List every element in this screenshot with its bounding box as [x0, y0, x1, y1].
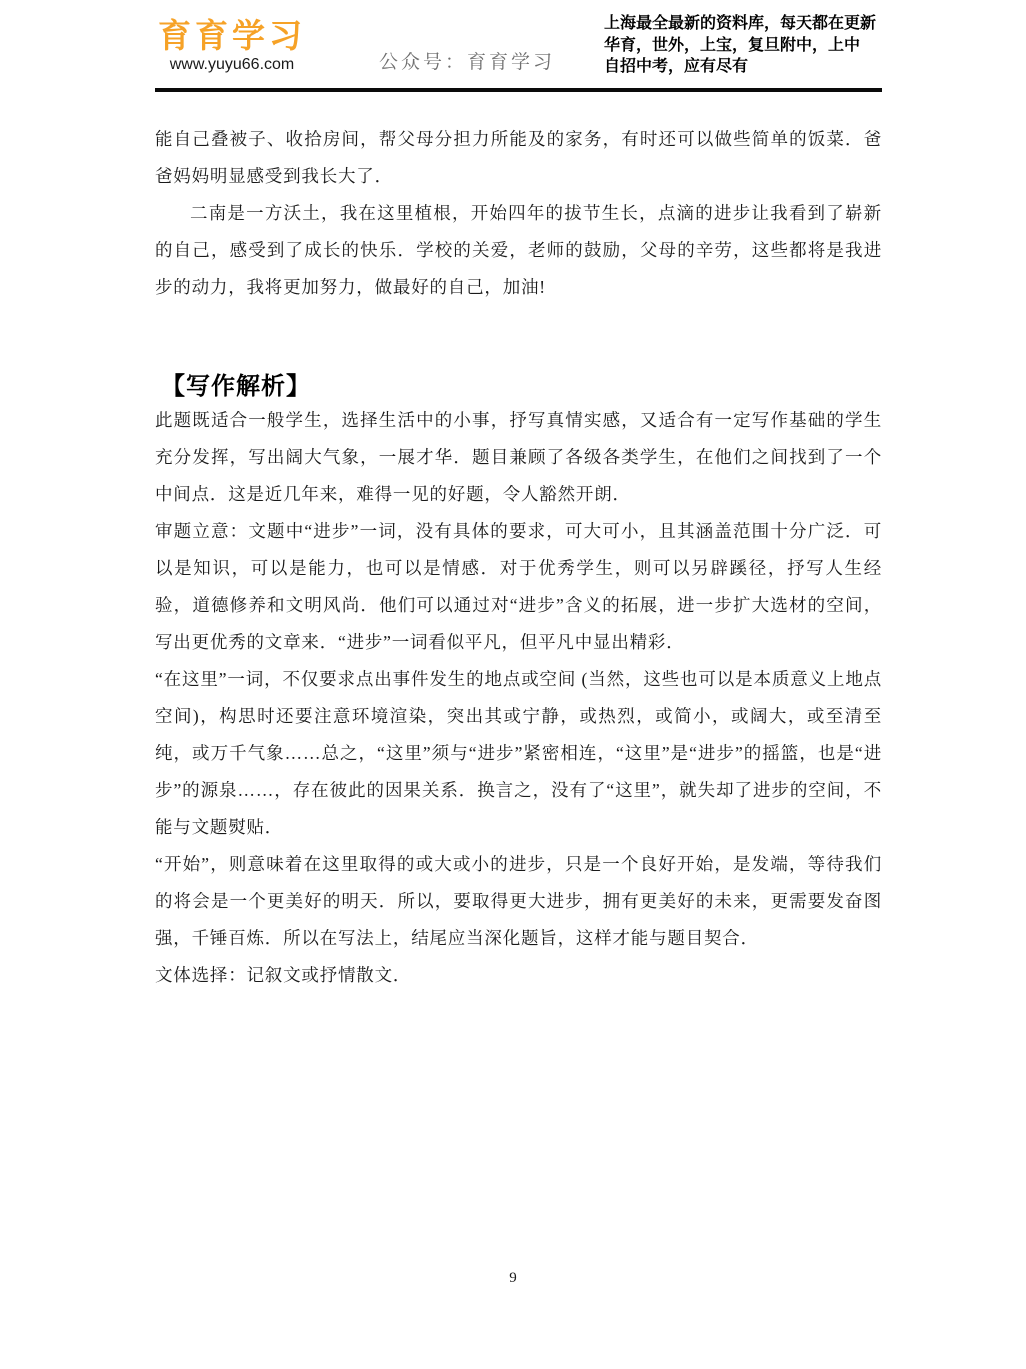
promo-line: 华育，世外，上宝，复旦附中，上中 — [604, 35, 894, 57]
genre-paragraph: 文体选择：记叙文或抒情散文． — [155, 957, 882, 994]
wechat-account-label: 公众号：育育学习 — [379, 47, 555, 74]
logo-url: www.yuyu66.com — [157, 56, 307, 74]
header-divider — [155, 88, 882, 92]
essay-paragraph: 二南是一方沃土，我在这里植根，开始四年的拔节生长，点滴的进步让我看到了崭新的自己… — [155, 195, 882, 306]
promo-line: 自招中考，应有尽有 — [604, 56, 894, 78]
document-content: 能自己叠被子、收拾房间，帮父母分担力所能及的家务，有时还可以做些简单的饭菜．爸爸… — [155, 121, 882, 994]
logo-text: 育育学习 — [157, 18, 307, 54]
promo-banner: 上海最全最新的资料库，每天都在更新 华育，世外，上宝，复旦附中，上中 自招中考，… — [604, 13, 894, 78]
promo-line: 上海最全最新的资料库，每天都在更新 — [604, 13, 894, 35]
analysis-paragraph: “在这里”一词，不仅要求点出事件发生的地点或空间 (当然，这些也可以是本质意义上… — [155, 661, 882, 846]
site-logo: 育育学习 www.yuyu66.com — [157, 18, 307, 74]
section-heading: 【写作解析】 — [161, 372, 882, 402]
analysis-paragraph: “开始”，则意味着在这里取得的或大或小的进步，只是一个良好开始，是发端，等待我们… — [155, 846, 882, 957]
page-number: 9 — [0, 1270, 1026, 1287]
essay-paragraph: 能自己叠被子、收拾房间，帮父母分担力所能及的家务，有时还可以做些简单的饭菜．爸爸… — [155, 121, 882, 195]
document-page: 育育学习 www.yuyu66.com 公众号：育育学习 上海最全最新的资料库，… — [0, 0, 1026, 1369]
analysis-paragraph: 审题立意：文题中“进步”一词，没有具体的要求，可大可小，且其涵盖范围十分广泛．可… — [155, 513, 882, 661]
analysis-paragraph: 此题既适合一般学生，选择生活中的小事，抒写真情实感，又适合有一定写作基础的学生充… — [155, 402, 882, 513]
